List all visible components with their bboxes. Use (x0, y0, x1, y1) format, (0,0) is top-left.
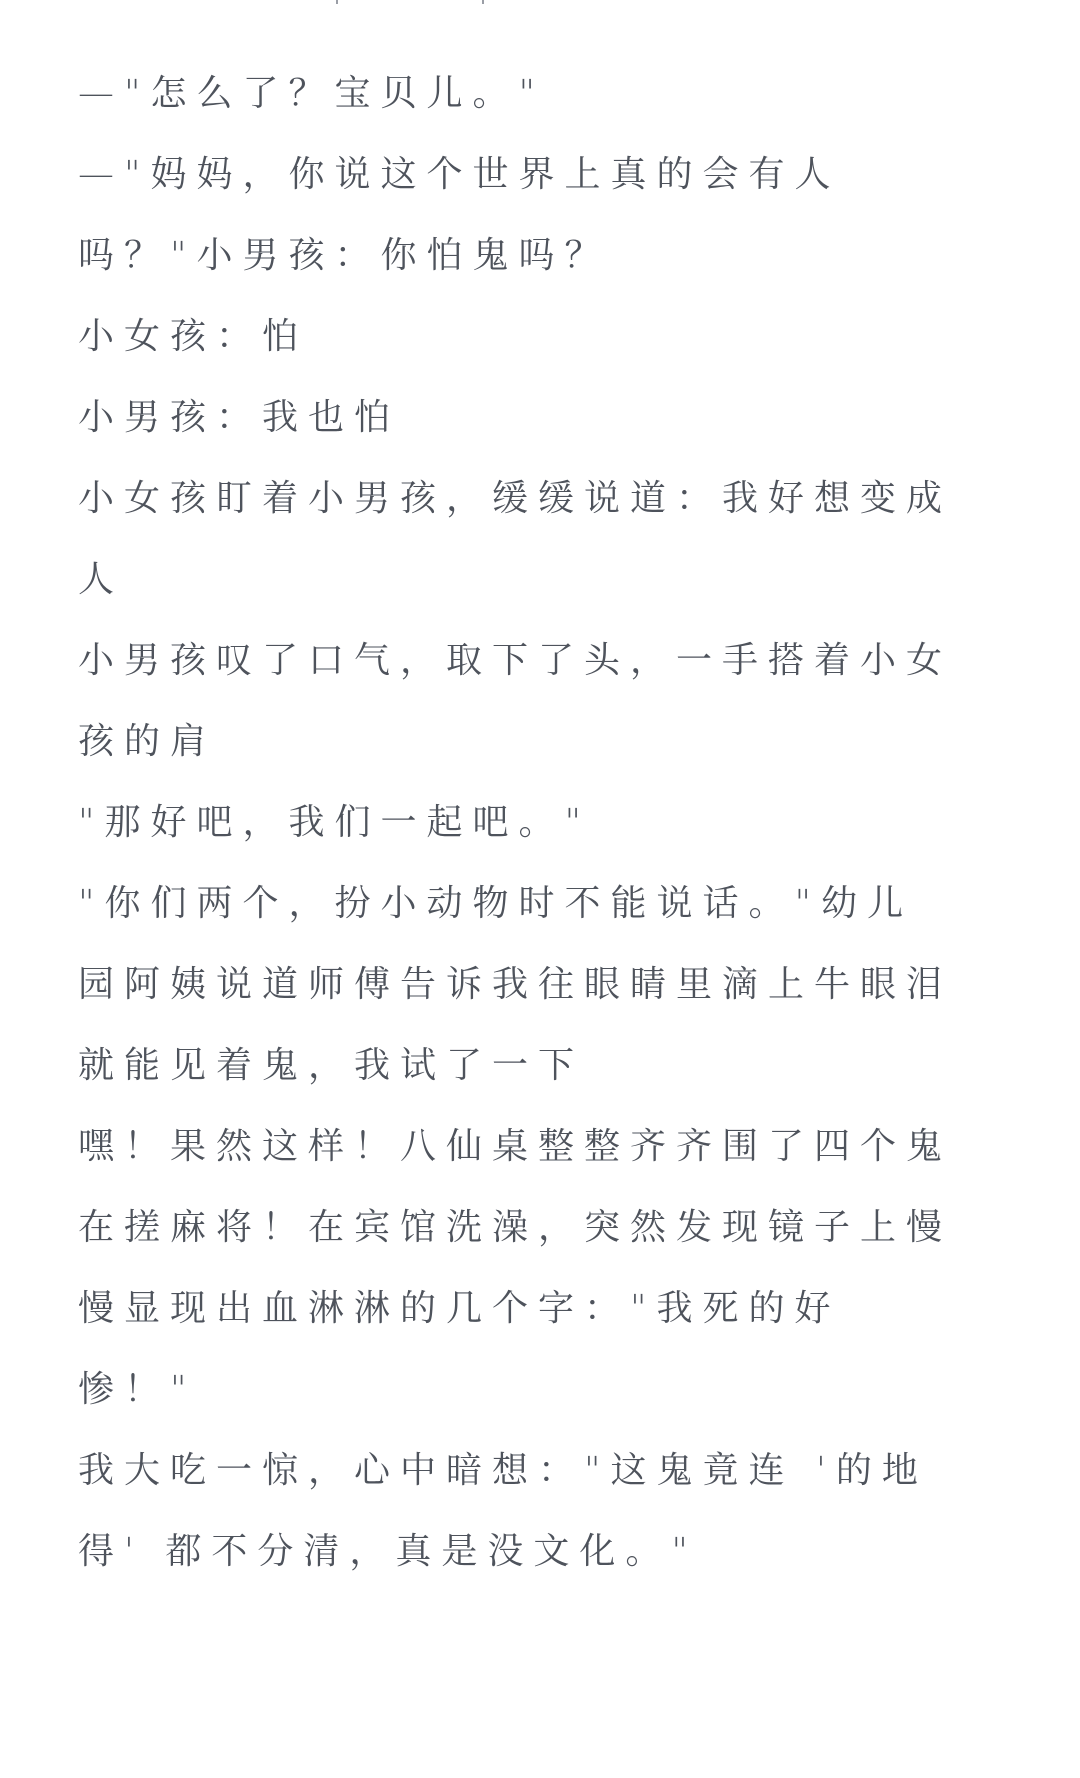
text-line: "那好吧，我们一起吧。" (78, 801, 1018, 882)
text-line: 我大吃一惊，心中暗想："这鬼竟连 '的地 (78, 1449, 1018, 1530)
text-line: 吗？"小男孩：你怕鬼吗？ (78, 234, 1018, 315)
text-line: 就能见着鬼，我试了一下 (78, 1044, 1018, 1125)
text-line: 惨！" (78, 1368, 1018, 1449)
text-line: —"怎么了？宝贝儿。" (78, 72, 1018, 153)
text-line: 孩的肩 (78, 720, 1018, 801)
text-line: 小男孩：我也怕 (78, 396, 1018, 477)
handwritten-story-text: —"怎么了？宝贝儿。" —"妈妈，你说这个世界上真的会有人 吗？"小男孩：你怕鬼… (78, 72, 1018, 1611)
text-line: 小男孩叹了口气，取下了头，一手搭着小女 (78, 639, 1018, 720)
text-line: "你们两个，扮小动物时不能说话。"幼儿 (78, 882, 1018, 963)
text-line: 得' 都不分清，真是没文化。" (78, 1530, 1018, 1611)
text-line: 人 (78, 558, 1018, 639)
partial-glyph-stroke (482, 0, 484, 4)
text-line: 嘿！果然这样！八仙桌整整齐齐围了四个鬼 (78, 1125, 1018, 1206)
text-line: 小女孩：怕 (78, 315, 1018, 396)
top-edge-partial-text (0, 0, 1080, 6)
text-line: —"妈妈，你说这个世界上真的会有人 (78, 153, 1018, 234)
partial-glyph-stroke (336, 0, 338, 4)
text-line: 在搓麻将！在宾馆洗澡，突然发现镜子上慢 (78, 1206, 1018, 1287)
text-line: 慢显现出血淋淋的几个字："我死的好 (78, 1287, 1018, 1368)
text-line: 小女孩盯着小男孩，缓缓说道：我好想变成 (78, 477, 1018, 558)
text-line: 园阿姨说道师傅告诉我往眼睛里滴上牛眼泪 (78, 963, 1018, 1044)
